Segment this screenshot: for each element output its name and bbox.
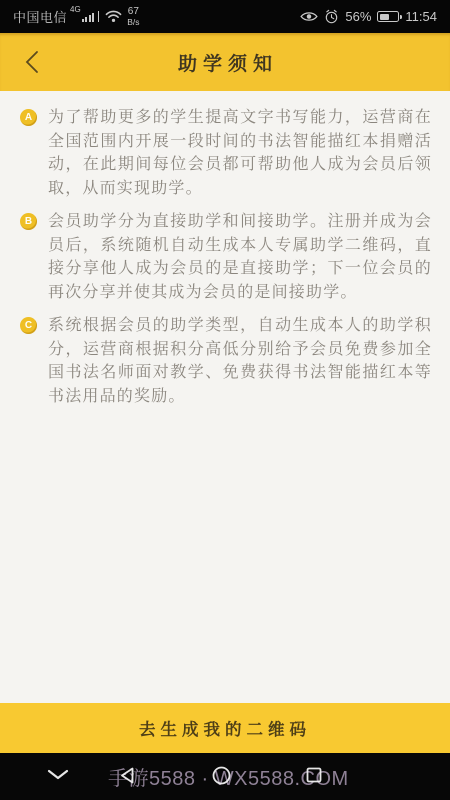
signal-bars-icon	[82, 11, 100, 22]
notice-text-b: 会员助学分为直接助学和间接助学。注册并成为会员后，系统随机自动生成本人专属助学二…	[48, 210, 432, 304]
notice-item-c: C 系统根据会员的助学类型，自动生成本人的助学积分，运营商根据积分高低分别给予会…	[20, 314, 432, 408]
android-nav-bar: 手游5588 · WX5588.COM	[0, 753, 450, 800]
battery-icon	[377, 11, 399, 22]
notice-text-c: 系统根据会员的助学类型，自动生成本人的助学积分，运营商根据积分高低分别给予会员免…	[48, 314, 432, 408]
battery-percent: 56%	[345, 9, 371, 24]
notice-item-b: B 会员助学分为直接助学和间接助学。注册并成为会员后，系统随机自动生成本人专属助…	[20, 210, 432, 304]
nav-recents-button[interactable]	[306, 767, 322, 783]
app-header: 助学须知	[0, 33, 450, 91]
phone-screen: 中国电信 4G 67 B/s	[0, 0, 450, 800]
status-bar-right: 56% 11:54	[294, 9, 437, 24]
page-title: 助学须知	[172, 49, 278, 76]
item-badge-b: B	[20, 213, 37, 230]
status-bar-left: 中国电信 4G 67 B/s	[13, 7, 139, 27]
nav-back-button[interactable]	[120, 767, 134, 784]
status-bar: 中国电信 4G 67 B/s	[0, 0, 450, 33]
status-time: 11:54	[405, 9, 437, 24]
notice-item-a: A 为了帮助更多的学生提高文字书写能力，运营商在全国范围内开展一段时间的书法智能…	[20, 106, 432, 200]
hide-navbar-button[interactable]	[47, 769, 69, 780]
alarm-clock-icon	[324, 9, 339, 24]
generate-qrcode-label: 去生成我的二维码	[139, 716, 311, 740]
network-speed: 67 B/s	[127, 7, 139, 27]
eye-comfort-icon	[300, 10, 318, 23]
wifi-icon	[105, 10, 122, 23]
back-icon	[25, 50, 39, 74]
network-type-label: 4G	[70, 6, 81, 14]
network-speed-value: 67	[128, 7, 139, 17]
item-badge-a: A	[20, 109, 37, 126]
network-speed-unit: B/s	[127, 18, 139, 27]
signal-icon: 4G	[70, 11, 99, 22]
back-button[interactable]	[10, 33, 54, 91]
notice-text-a: 为了帮助更多的学生提高文字书写能力，运营商在全国范围内开展一段时间的书法智能描红…	[48, 106, 432, 200]
carrier-label: 中国电信	[13, 7, 67, 26]
notice-content: A 为了帮助更多的学生提高文字书写能力，运营商在全国范围内开展一段时间的书法智能…	[0, 91, 450, 703]
item-badge-c: C	[20, 317, 37, 334]
nav-home-button[interactable]	[212, 766, 231, 785]
generate-qrcode-button[interactable]: 去生成我的二维码	[0, 703, 450, 753]
